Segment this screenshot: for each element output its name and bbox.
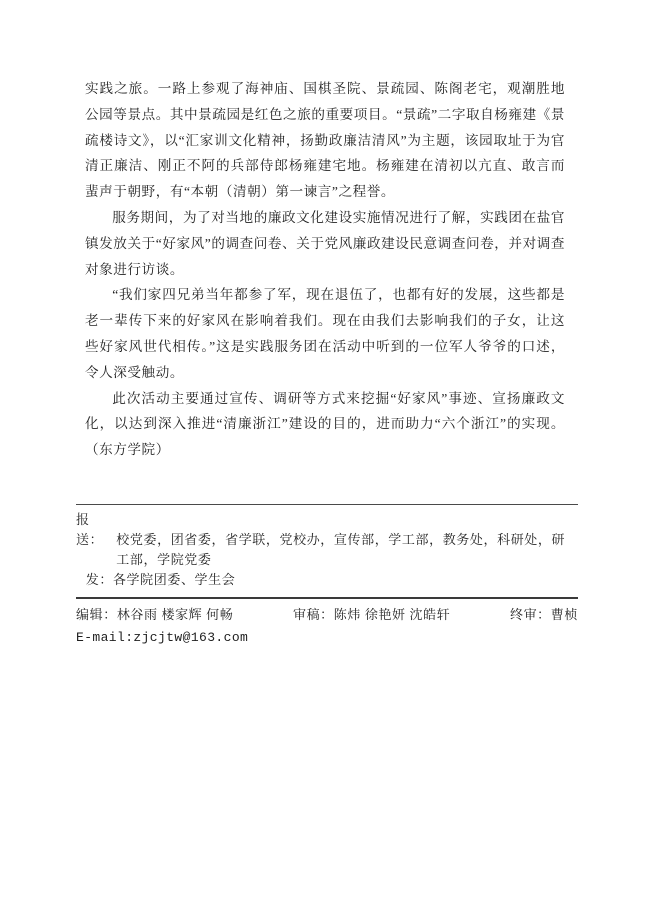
editor-credit: 编辑：林谷雨 楼家辉 何畅	[76, 605, 233, 625]
footer-rule-bottom	[76, 597, 578, 599]
document-page: 实践之旅。一路上参观了海神庙、国棋圣院、景疏园、陈阁老宅，观潮胜地公园等景点。其…	[0, 0, 650, 919]
editor-names: 林谷雨 楼家辉 何畅	[117, 607, 234, 622]
email-line: E-mail:zjcjtw@163.com	[76, 628, 578, 648]
footer-rule-top	[76, 504, 578, 505]
reviewer-label: 审稿：	[293, 607, 334, 622]
final-review-name: 曹桢	[551, 607, 578, 622]
paragraph-survey: 服务期间，为了对当地的廉政文化建设实施情况进行了解，实践团在盐官镇发放关于“好家…	[85, 205, 565, 282]
send-to-line: 发：各学院团委、学生会	[76, 570, 578, 590]
paragraph-quote: “我们家四兄弟当年都参了军，现在退伍了，也都有好的发展，这些都是老一辈传下来的好…	[85, 282, 565, 385]
reviewer-credit: 审稿：陈炜 徐艳妍 沈皓轩	[293, 605, 450, 625]
send-to-recipients: 各学院团委、学生会	[113, 572, 235, 587]
article-body: 实践之旅。一路上参观了海神庙、国棋圣院、景疏园、陈阁老宅，观潮胜地公园等景点。其…	[85, 76, 565, 463]
send-to-label: 发：	[86, 572, 113, 587]
credits-line: 编辑：林谷雨 楼家辉 何畅 审稿：陈炜 徐艳妍 沈皓轩 终审：曹桢	[76, 605, 578, 625]
final-review-label: 终审：	[510, 607, 551, 622]
report-to-recipients: 校党委，团省委，省学联，党校办，宣传部，学工部，教务处，科研处，研工部，学院党委	[116, 532, 565, 567]
report-to-label: 报送：	[76, 510, 116, 550]
report-to-line: 报送：校党委，团省委，省学联，党校办，宣传部，学工部，教务处，科研处，研工部，学…	[76, 510, 578, 570]
final-review-credit: 终审：曹桢	[510, 605, 578, 625]
paragraph-conclusion: 此次活动主要通过宣传、调研等方式来挖掘“好家风”事迹、宣扬廉政文化，以达到深入推…	[85, 386, 565, 463]
paragraph-continuation: 实践之旅。一路上参观了海神庙、国棋圣院、景疏园、陈阁老宅，观潮胜地公园等景点。其…	[85, 76, 565, 205]
reviewer-names: 陈炜 徐艳妍 沈皓轩	[334, 607, 451, 622]
distribution-footer: 报送：校党委，团省委，省学联，党校办，宣传部，学工部，教务处，科研处，研工部，学…	[76, 504, 578, 648]
editor-label: 编辑：	[76, 607, 117, 622]
